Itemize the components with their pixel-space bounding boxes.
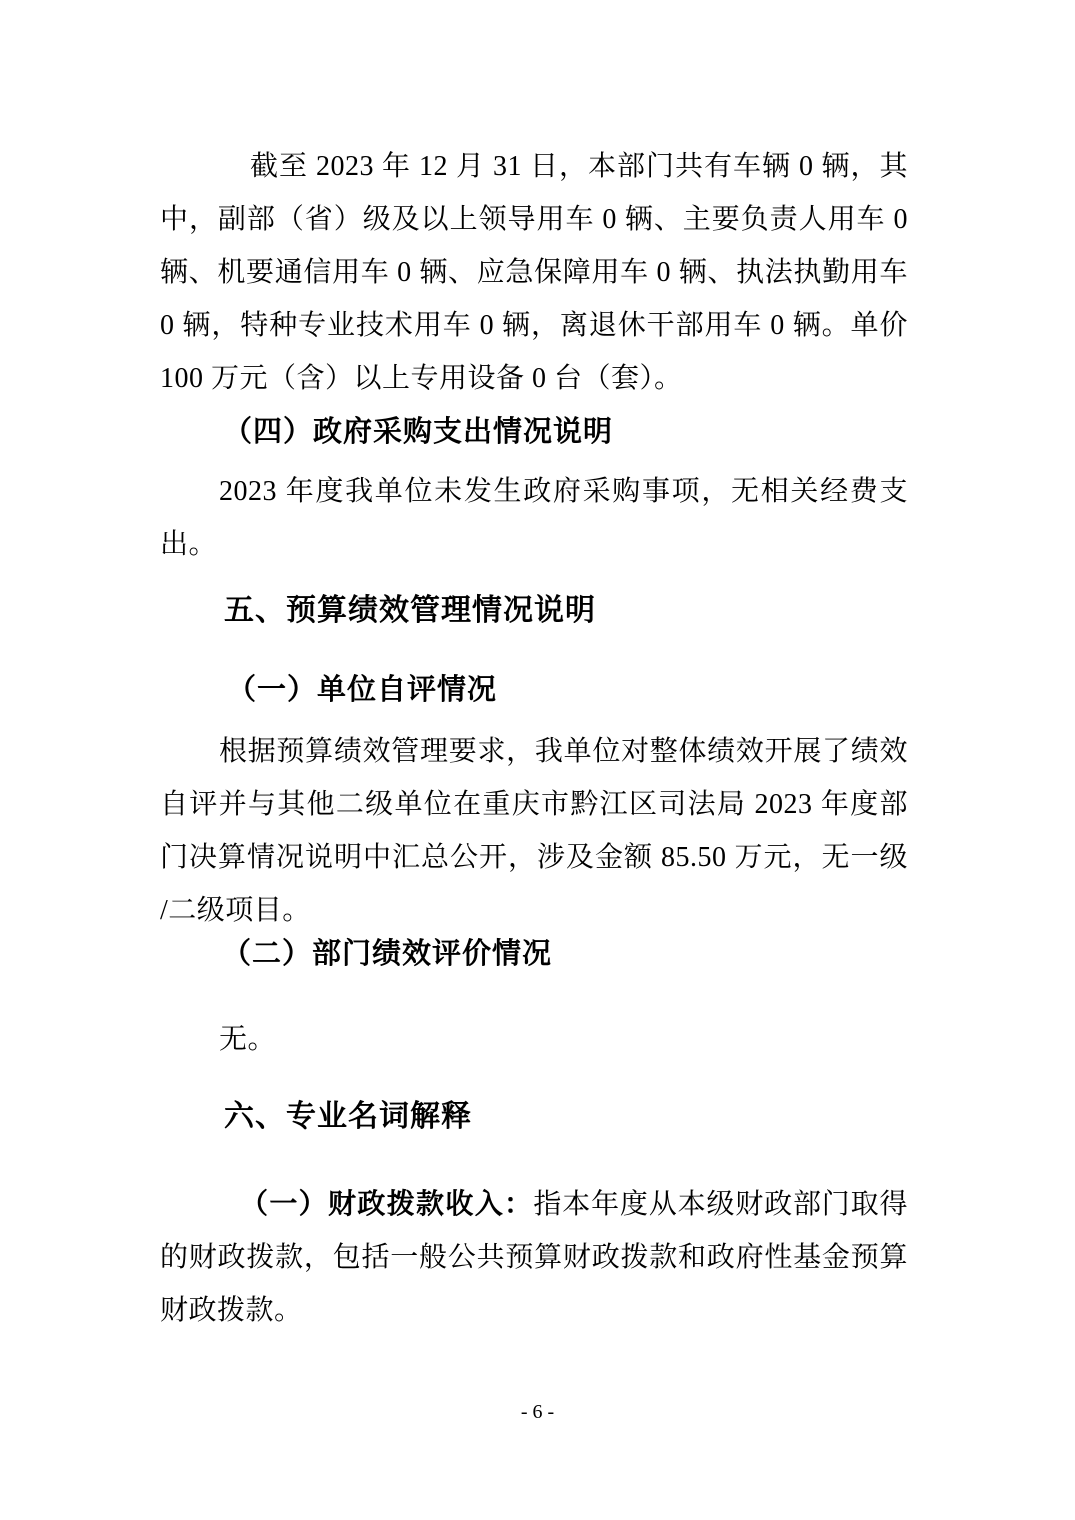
paragraph-line: 门决算情况说明中汇总公开，涉及金额 85.50 万元，无一级 bbox=[160, 831, 908, 884]
subheading-gov-procurement: （四）政府采购支出情况说明 bbox=[160, 406, 908, 459]
paragraph-none: 无。 bbox=[160, 1013, 908, 1066]
paragraph-line: 2023 年度我单位未发生政府采购事项，无相关经费支 bbox=[160, 465, 908, 518]
section-heading-performance: 五、预算绩效管理情况说明 bbox=[160, 584, 908, 637]
paragraph-vehicles: 截至 2023 年 12 月 31 日，本部门共有车辆 0 辆，其 中，副部（省… bbox=[160, 140, 908, 405]
paragraph-term-fiscal: （一）财政拨款收入：指本年度从本级财政部门取得 的财政拨款，包括一般公共预算财政… bbox=[160, 1178, 908, 1337]
paragraph-line: 无。 bbox=[160, 1013, 908, 1066]
paragraph-line: 自评并与其他二级单位在重庆市黔江区司法局 2023 年度部 bbox=[160, 778, 908, 831]
document-page: 截至 2023 年 12 月 31 日，本部门共有车辆 0 辆，其 中，副部（省… bbox=[0, 0, 1075, 1520]
paragraph-line: （一）财政拨款收入：指本年度从本级财政部门取得 bbox=[160, 1178, 908, 1231]
term-label: （一）财政拨款收入： bbox=[240, 1189, 533, 1220]
subheading-dept-evaluation: （二）部门绩效评价情况 bbox=[160, 928, 908, 981]
paragraph-line: 中，副部（省）级及以上领导用车 0 辆、主要负责人用车 0 bbox=[160, 193, 908, 246]
paragraph-line: 财政拨款。 bbox=[160, 1284, 908, 1337]
paragraph-line: 100 万元（含）以上专用设备 0 台（套）。 bbox=[160, 352, 908, 405]
term-definition-start: 指本年度从本级财政部门取得 bbox=[533, 1189, 908, 1220]
paragraph-line: 截至 2023 年 12 月 31 日，本部门共有车辆 0 辆，其 bbox=[160, 140, 908, 193]
paragraph-line: 的财政拨款，包括一般公共预算财政拨款和政府性基金预算 bbox=[160, 1231, 908, 1284]
paragraph-procurement: 2023 年度我单位未发生政府采购事项，无相关经费支 出。 bbox=[160, 465, 908, 571]
paragraph-line: 辆、机要通信用车 0 辆、应急保障用车 0 辆、执法执勤用车 bbox=[160, 246, 908, 299]
section-heading-glossary: 六、专业名词解释 bbox=[160, 1090, 908, 1143]
paragraph-line: 0 辆，特种专业技术用车 0 辆，离退休干部用车 0 辆。单价 bbox=[160, 299, 908, 352]
page-number: - 6 - bbox=[0, 1398, 1075, 1426]
paragraph-self-evaluation: 根据预算绩效管理要求，我单位对整体绩效开展了绩效 自评并与其他二级单位在重庆市黔… bbox=[160, 725, 908, 937]
paragraph-line: 出。 bbox=[160, 518, 908, 571]
paragraph-line: 根据预算绩效管理要求，我单位对整体绩效开展了绩效 bbox=[160, 725, 908, 778]
subheading-self-evaluation: （一）单位自评情况 bbox=[160, 664, 908, 717]
